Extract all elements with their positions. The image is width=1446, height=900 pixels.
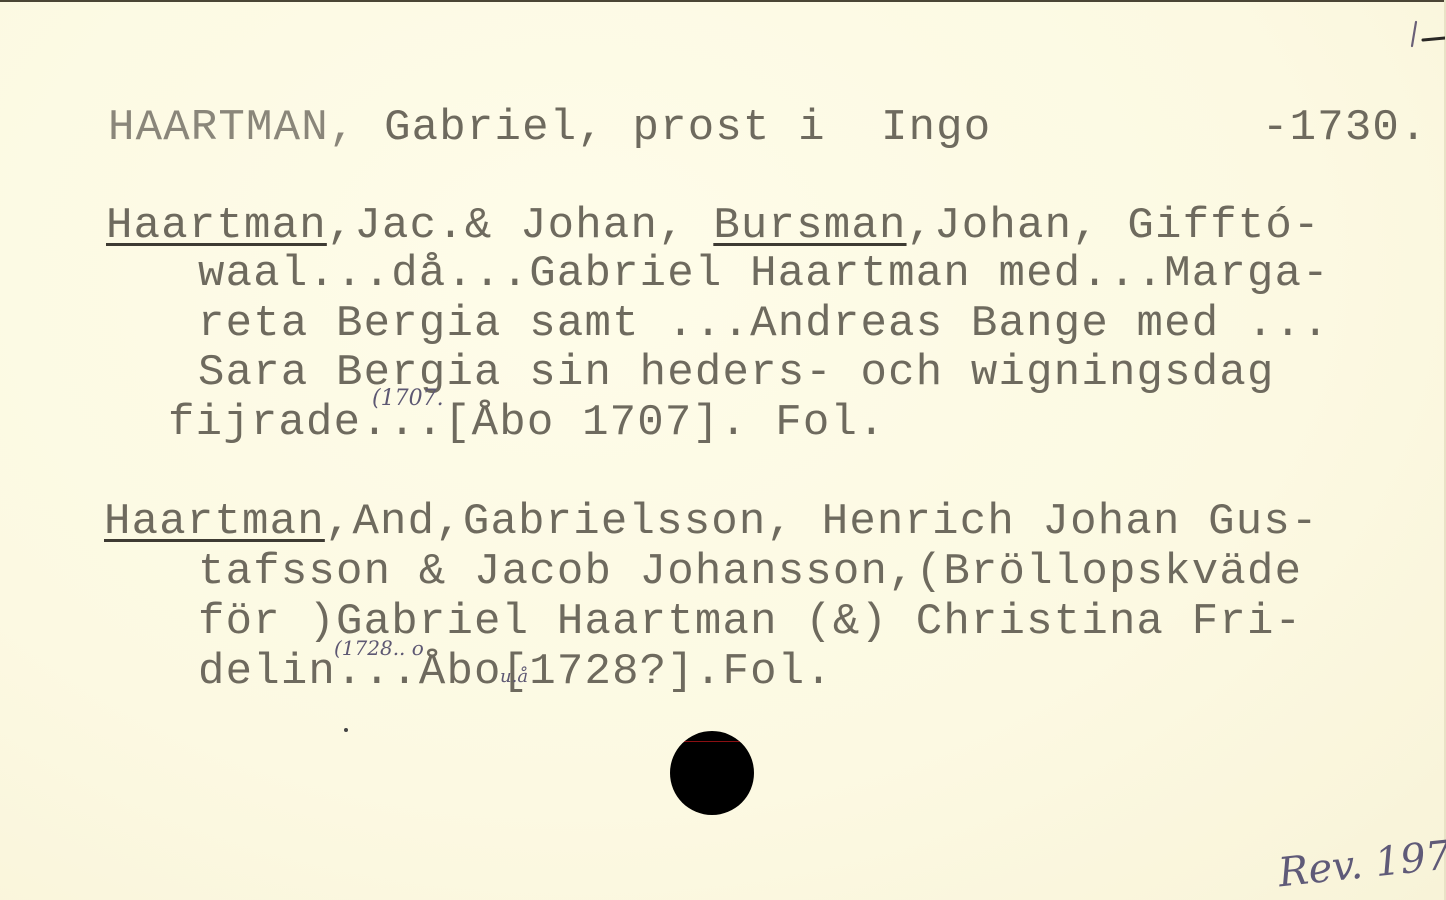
entry2-line2: tafsson & Jacob Johansson,(Bröllopskväde: [198, 548, 1302, 596]
entry1-line1: Haartman,Jac.& Johan, Bursman,Johan, Gif…: [106, 202, 1321, 250]
heading-role: prost i: [633, 103, 826, 153]
heading-date: -1730.: [1262, 104, 1428, 152]
entry1-line3: reta Bergia samt ...Andreas Bange med ..…: [198, 300, 1330, 348]
entry1-coauthor: Bursman: [713, 201, 906, 251]
catalog-card: HAARTMAN, Gabriel, prost i Ingo -1730. H…: [0, 0, 1446, 900]
entry1-line1-text: ,Jac.& Johan,: [327, 201, 713, 251]
corner-mark: [1409, 16, 1445, 56]
entry2-handwritten-annotation2: u.å: [500, 666, 528, 687]
card-top-edge: [0, 0, 1446, 2]
entry2-handwritten-annotation: (1728.. o: [334, 636, 424, 660]
heading-name: HAARTMAN,: [108, 103, 356, 153]
heading-given: Gabriel,: [384, 103, 605, 153]
heading-place: Ingo: [881, 103, 991, 153]
entry2-line1-text: ,And,Gabrielsson, Henrich Johan Gus-: [325, 497, 1319, 547]
heading-line: HAARTMAN, Gabriel, prost i Ingo: [108, 104, 991, 152]
entry1-line1-text2: ,Johan, Gifftó-: [907, 201, 1321, 251]
entry1-line5: fijrade...[Åbo 1707]. Fol.: [168, 399, 886, 447]
entry1-author: Haartman: [106, 201, 327, 251]
revision-note: Rev. 1970: [1276, 830, 1446, 897]
entry2-line1: Haartman,And,Gabrielsson, Henrich Johan …: [104, 498, 1319, 546]
ink-dot: [344, 728, 348, 732]
entry2-author: Haartman: [104, 497, 325, 547]
entry1-line4: Sara Bergia sin heders- och wigningsdag: [198, 349, 1275, 397]
entry1-line2: waal...då...Gabriel Haartman med...Marga…: [198, 250, 1330, 298]
entry1-handwritten-annotation: (1707.: [372, 386, 444, 411]
punch-hole: [670, 731, 754, 815]
